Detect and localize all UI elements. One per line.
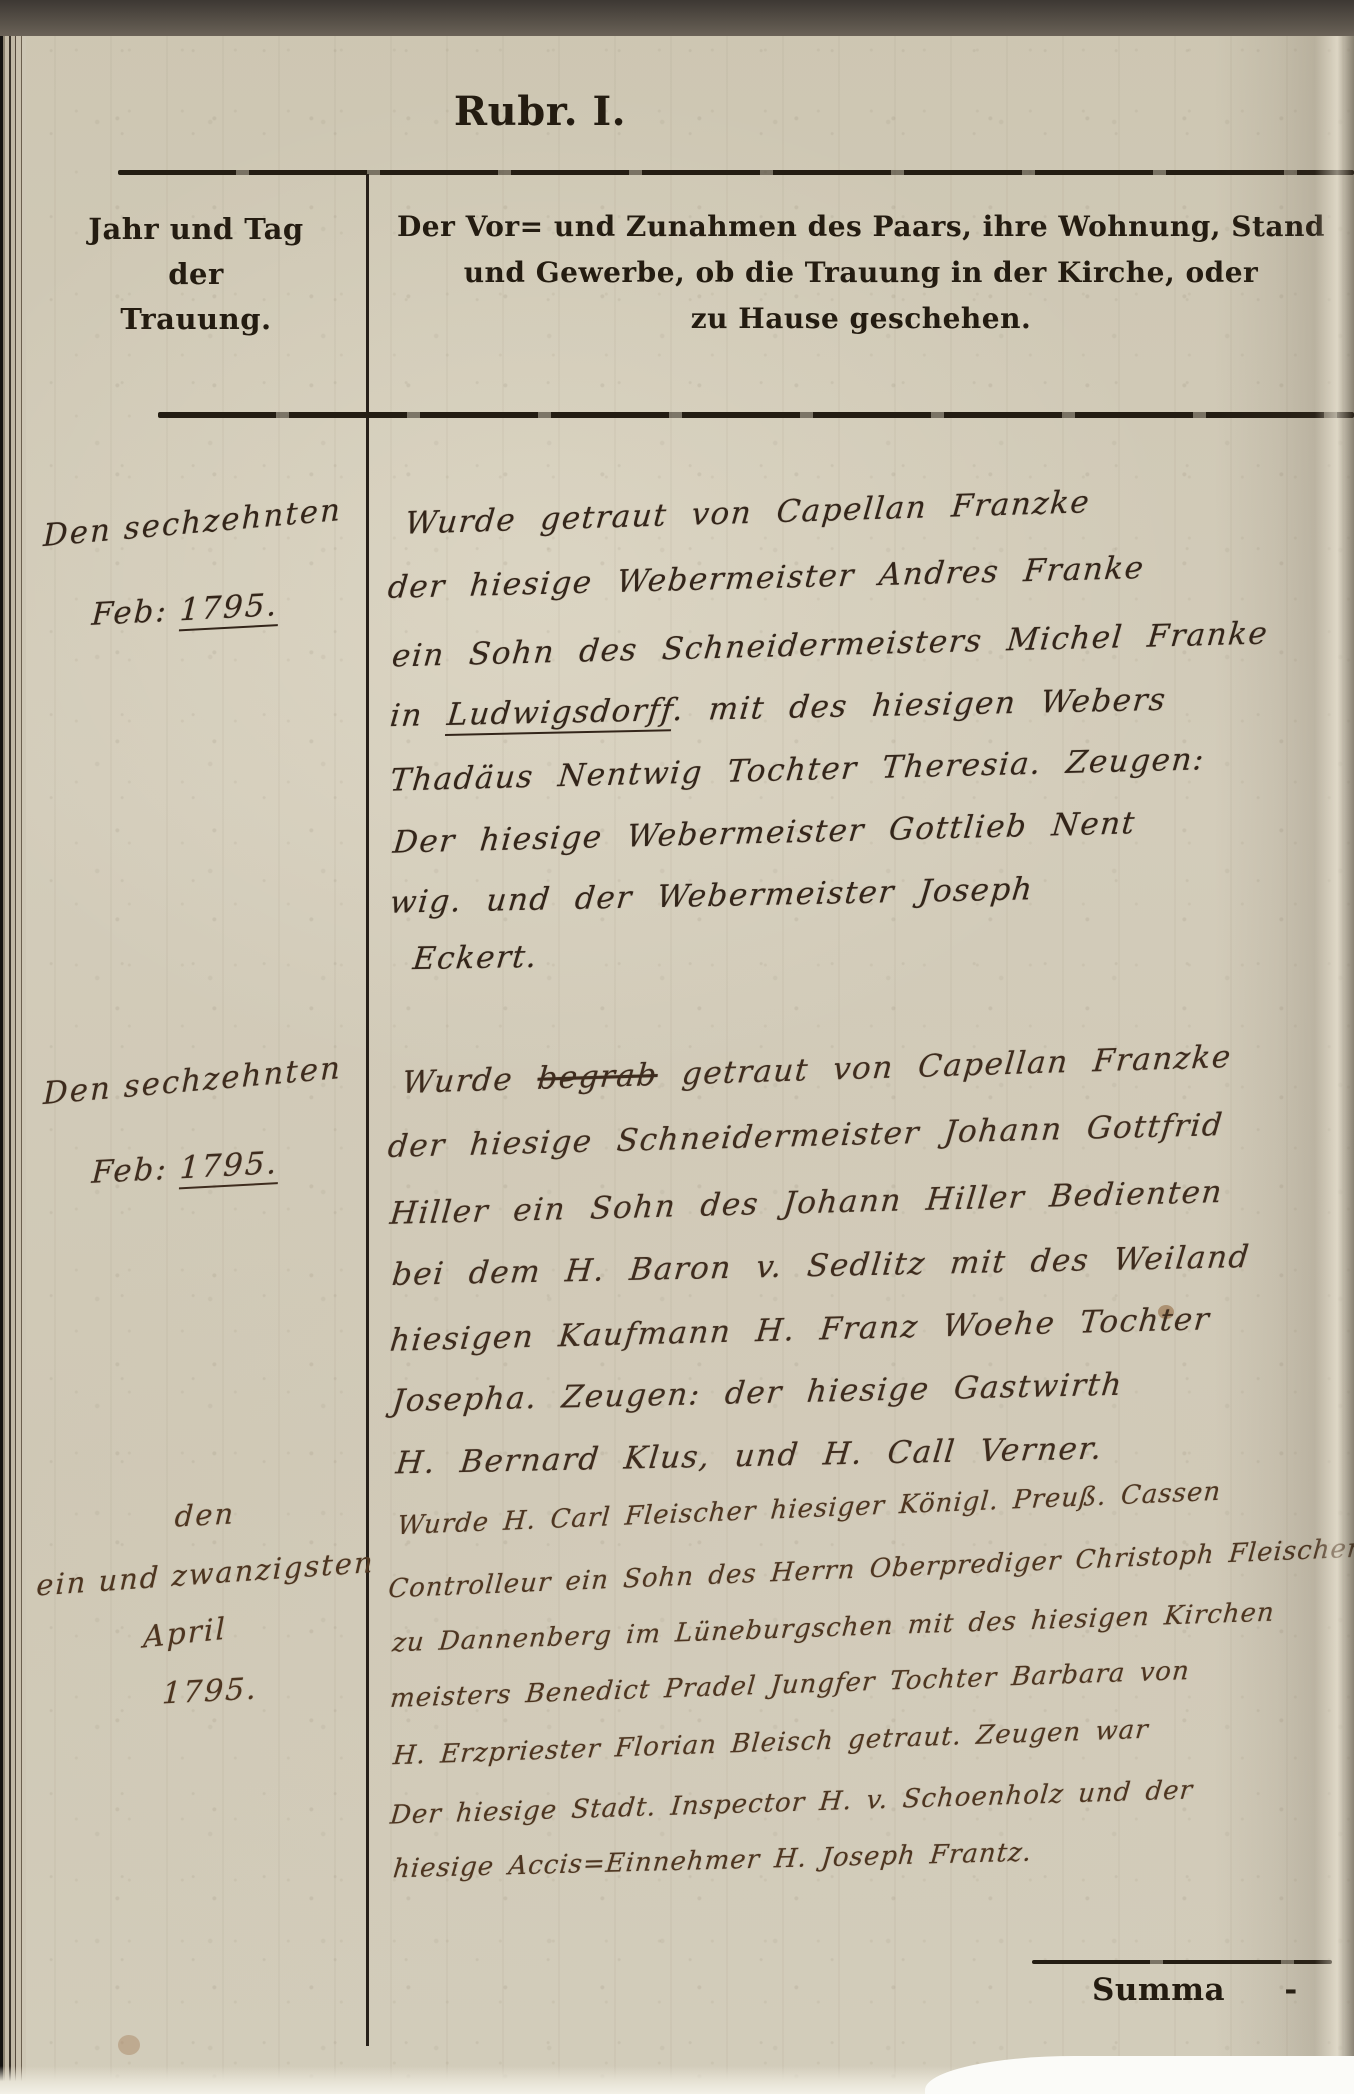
header-right-line: Der Vor= und Zunahmen des Paars, ihre Wo… (382, 210, 1340, 243)
rubric-title: Rubr. I. (390, 88, 690, 135)
line-text: getraut von Capellan Franzke (656, 1039, 1233, 1093)
entry2-date-line: Feb: 1795. (39, 1142, 330, 1193)
summa-label: Summa (1092, 1972, 1225, 2008)
date-year: 1795. (179, 1145, 280, 1189)
entry2-line: Hiller ein Sohn des Johann Hiller Bedien… (388, 1174, 1224, 1232)
header-bottom-rule (158, 412, 1354, 418)
entry1-date-line: Feb: 1795. (39, 584, 330, 635)
entry3-date-line: ein und zwanzigsten (36, 1545, 366, 1602)
summa-row: Summa - (1040, 1972, 1340, 2008)
entry3-line: Wurde H. Carl Fleischer hiesiger Königl.… (396, 1477, 1222, 1542)
right-page-curl-shadow (1214, 36, 1354, 2094)
entry3-date-line: den (59, 1490, 350, 1539)
entry2-line: hiesigen Kaufmann H. Franz Woehe Tochter (388, 1301, 1212, 1359)
date-month: Feb: (91, 593, 169, 633)
entry3-line: zu Dannenberg im Lüneburgschen mit des h… (391, 1598, 1276, 1659)
left-binding-edge (0, 36, 26, 2094)
entry1-date-line: Den sechzehnten (40, 492, 344, 555)
line-text: in (388, 697, 449, 734)
top-scan-band (0, 0, 1354, 36)
entry1-line: Der hiesige Webermeister Gottlieb Nent (391, 805, 1137, 861)
entry1-line: der hiesige Webermeister Andres Franke (386, 550, 1146, 606)
column-divider (366, 174, 369, 2046)
line-text: . mit des hiesigen Webers (671, 682, 1168, 728)
entry2-line: bei dem H. Baron v. Sedlitz mit des Weil… (390, 1239, 1252, 1293)
entry3-line: H. Erzpriester Florian Bleisch getraut. … (392, 1715, 1150, 1771)
entry1-line: Wurde getraut von Capellan Franzke (404, 484, 1092, 542)
bottom-page-edge (0, 2066, 1354, 2094)
entry3-date-line: 1795. (79, 1667, 340, 1716)
entry1-line: Thadäus Nentwig Tochter Theresia. Zeugen… (388, 741, 1206, 798)
entry2-line: der hiesige Schneidermeister Johann Gott… (386, 1107, 1225, 1165)
entry2-date-line: Den sechzehnten (40, 1050, 344, 1113)
entry1-line: ein Sohn des Schneidermeisters Michel Fr… (390, 615, 1270, 674)
summa-value: - (1284, 1972, 1297, 2008)
struck-word: begrab (536, 1057, 659, 1097)
entry2-line: Josepha. Zeugen: der hiesige Gastwirth (390, 1367, 1124, 1420)
entry1-line: in Ludwigsdorff. mit des hiesigen Webers (388, 682, 1168, 734)
stain (118, 2035, 140, 2055)
entry3-line: Der hiesige Stadt. Inspector H. v. Schoe… (389, 1775, 1195, 1830)
header-top-rule (118, 170, 1354, 175)
header-left-line: der (40, 257, 352, 291)
entry2-line: Wurde begrab getraut von Capellan Franzk… (401, 1039, 1234, 1101)
entry1-line: wig. und der Webermeister Joseph (388, 871, 1035, 921)
summa-rule (1032, 1960, 1332, 1964)
entry3-line: hiesige Accis=Einnehmer H. Joseph Frantz… (392, 1838, 1034, 1885)
date-month: Feb: (91, 1151, 169, 1191)
line-text: Wurde (401, 1061, 540, 1101)
entry1-line: Eckert. (411, 939, 540, 977)
entry3-line: Controlleur ein Sohn des Herrn Oberpredi… (387, 1534, 1354, 1605)
header-right-line: zu Hause geschehen. (382, 302, 1340, 335)
entry3-date-line: April (56, 1602, 315, 1664)
entry3-line: meisters Benedict Pradel Jungfer Tochter… (389, 1656, 1191, 1714)
page-scan: Rubr. I. Jahr und Tag der Trauung. Der V… (0, 0, 1354, 2094)
header-right-line: und Gewerbe, ob die Trauung in der Kirch… (382, 256, 1340, 289)
underlined-word: Ludwigsdorff (445, 692, 675, 736)
bottom-next-page-corner (925, 2056, 1354, 2094)
header-left-line: Trauung. (40, 302, 352, 336)
entry2-line: H. Bernard Klus, und H. Call Verner. (394, 1431, 1104, 1482)
header-left-line: Jahr und Tag (40, 212, 352, 246)
stain (0, 778, 12, 856)
date-year: 1795. (179, 587, 280, 631)
